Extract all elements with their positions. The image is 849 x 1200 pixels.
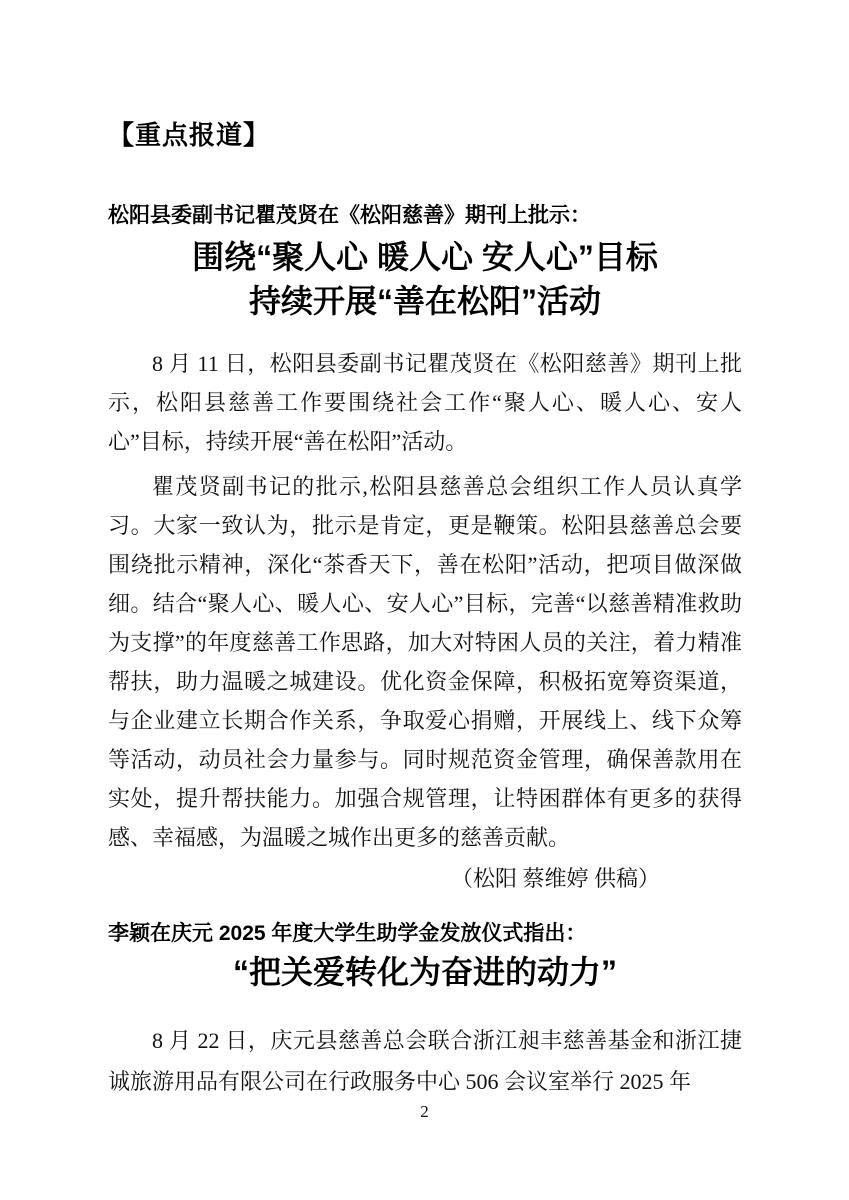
body-paragraph: 8 月 11 日，松阳县委副书记瞿茂贤在《松阳慈善》期刊上批示，松阳县慈善工作要…	[108, 344, 742, 461]
body-paragraph: 瞿茂贤副书记的批示,松阳县慈善总会组织工作人员认真学习。大家一致认为，批示是肯定…	[108, 467, 742, 857]
page-content: 【重点报道】 松阳县委副书记瞿茂贤在《松阳慈善》期刊上批示： 围绕“聚人心 暖人…	[108, 0, 742, 1102]
section-heading: 【重点报道】	[108, 0, 742, 152]
article-kicker: 李颖在庆元 2025 年度大学生助学金发放仪式指出：	[108, 920, 742, 948]
article-title: “把关爱转化为奋进的动力”	[108, 950, 742, 994]
byline: （松阳 蔡维婷 供稿）	[108, 862, 660, 896]
article-title-line2: 持续开展“善在松阳”活动	[108, 279, 742, 323]
article-title-line1: 围绕“聚人心 暖人心 安人心”目标	[108, 235, 742, 279]
article-kicker: 松阳县委副书记瞿茂贤在《松阳慈善》期刊上批示：	[108, 202, 742, 230]
body-paragraph: 8 月 22 日，庆元县慈善总会联合浙江昶丰慈善基金和浙江捷诚旅游用品有限公司在…	[108, 1020, 742, 1102]
page-number: 2	[0, 1101, 849, 1123]
document-page: 【重点报道】 松阳县委副书记瞿茂贤在《松阳慈善》期刊上批示： 围绕“聚人心 暖人…	[0, 0, 849, 1200]
article-songyang: 松阳县委副书记瞿茂贤在《松阳慈善》期刊上批示： 围绕“聚人心 暖人心 安人心”目…	[108, 202, 742, 896]
article-title: 围绕“聚人心 暖人心 安人心”目标 持续开展“善在松阳”活动	[108, 235, 742, 323]
article-qingyuan: 李颖在庆元 2025 年度大学生助学金发放仪式指出： “把关爱转化为奋进的动力”…	[108, 920, 742, 1102]
